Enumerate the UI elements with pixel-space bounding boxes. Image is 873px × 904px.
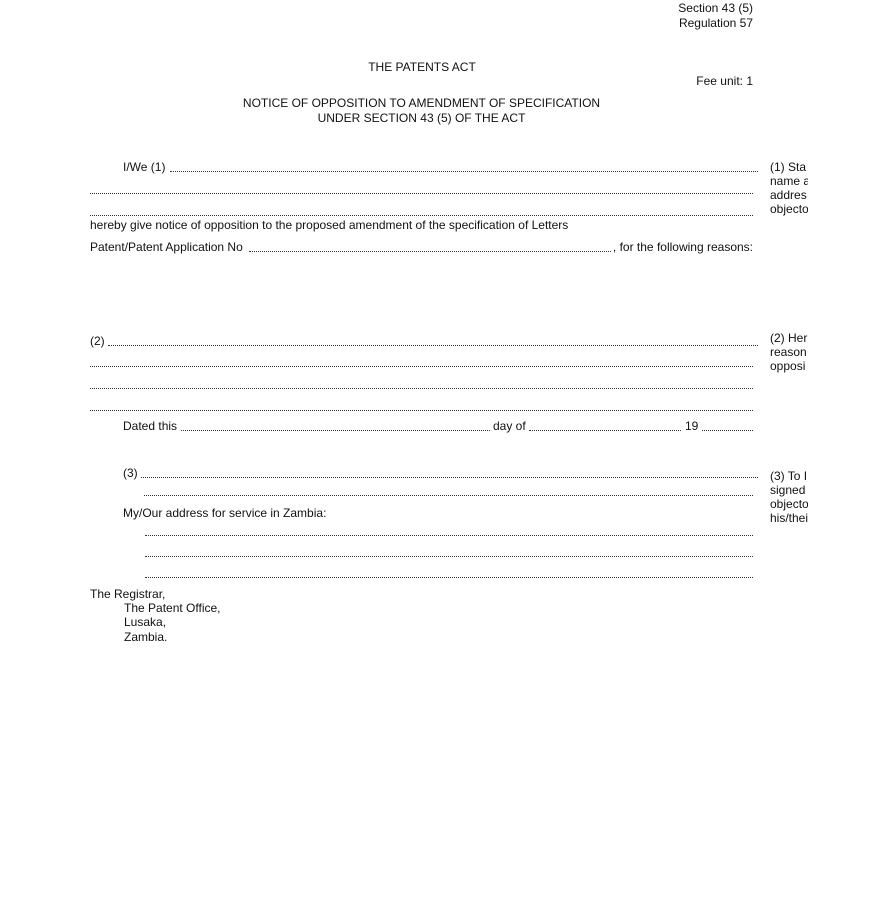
reasons-field-2[interactable]: [90, 355, 753, 369]
margin-note-2-line: opposi: [770, 359, 808, 373]
patent-application-label: Patent/Patent Application No: [90, 240, 243, 254]
margin-note-1-line: name a: [770, 174, 808, 188]
margin-note-1-line: addres: [770, 188, 808, 202]
year-prefix: 19: [685, 419, 698, 433]
objector-name-field[interactable]: [170, 160, 758, 174]
reasons-field-3[interactable]: [90, 377, 753, 391]
fee-unit: Fee unit: 1: [696, 74, 753, 88]
addressee-line4: Zambia.: [124, 630, 167, 644]
margin-note-3-line: (3) To I: [770, 469, 808, 483]
margin-note-3: (3) To I signed objecto his/thei: [770, 469, 808, 525]
dated-day-field[interactable]: [181, 419, 490, 433]
address-for-service-label: My/Our address for service in Zambia:: [123, 506, 326, 520]
regulation-reference: Regulation 57: [679, 16, 753, 30]
signature-label: (3): [123, 466, 138, 480]
objector-address-field-2[interactable]: [90, 204, 753, 218]
reasons-label: (2): [90, 334, 105, 348]
act-title: THE PATENTS ACT: [322, 60, 522, 74]
dated-year-field[interactable]: [702, 419, 753, 433]
addressee-line2: The Patent Office,: [124, 601, 221, 615]
reasons-field-4[interactable]: [90, 399, 753, 413]
margin-note-2-line: (2) Her: [770, 331, 808, 345]
notice-title-line1: NOTICE OF OPPOSITION TO AMENDMENT OF SPE…: [170, 96, 673, 110]
section-reference: Section 43 (5): [678, 1, 753, 15]
margin-note-1: (1) Sta name a addres objecto: [770, 160, 808, 216]
service-address-field-3[interactable]: [145, 566, 753, 580]
notice-text: hereby give notice of opposition to the …: [90, 218, 568, 232]
signature-field-2[interactable]: [144, 484, 753, 498]
margin-note-1-line: objecto: [770, 202, 808, 216]
reasons-field-1[interactable]: [108, 334, 758, 348]
patent-application-number-field[interactable]: [249, 240, 611, 254]
notice-title-line2: UNDER SECTION 43 (5) OF THE ACT: [170, 111, 673, 125]
signature-field-1[interactable]: [141, 466, 758, 480]
dated-label: Dated this: [123, 419, 177, 433]
dated-month-field[interactable]: [529, 419, 681, 433]
margin-note-1-line: (1) Sta: [770, 160, 808, 174]
margin-note-2: (2) Her reason opposi: [770, 331, 808, 373]
iwe-label: I/We (1): [123, 160, 165, 174]
margin-note-3-line: signed: [770, 483, 808, 497]
service-address-field-2[interactable]: [145, 545, 753, 559]
margin-note-2-line: reason: [770, 345, 808, 359]
day-of-label: day of: [493, 419, 526, 433]
margin-note-3-line: his/thei: [770, 511, 808, 525]
addressee-line3: Lusaka,: [124, 615, 166, 629]
reasons-suffix: , for the following reasons:: [613, 240, 753, 254]
objector-address-field-1[interactable]: [90, 182, 753, 196]
margin-note-3-line: objecto: [770, 497, 808, 511]
addressee-line1: The Registrar,: [90, 587, 165, 601]
service-address-field-1[interactable]: [145, 524, 753, 538]
